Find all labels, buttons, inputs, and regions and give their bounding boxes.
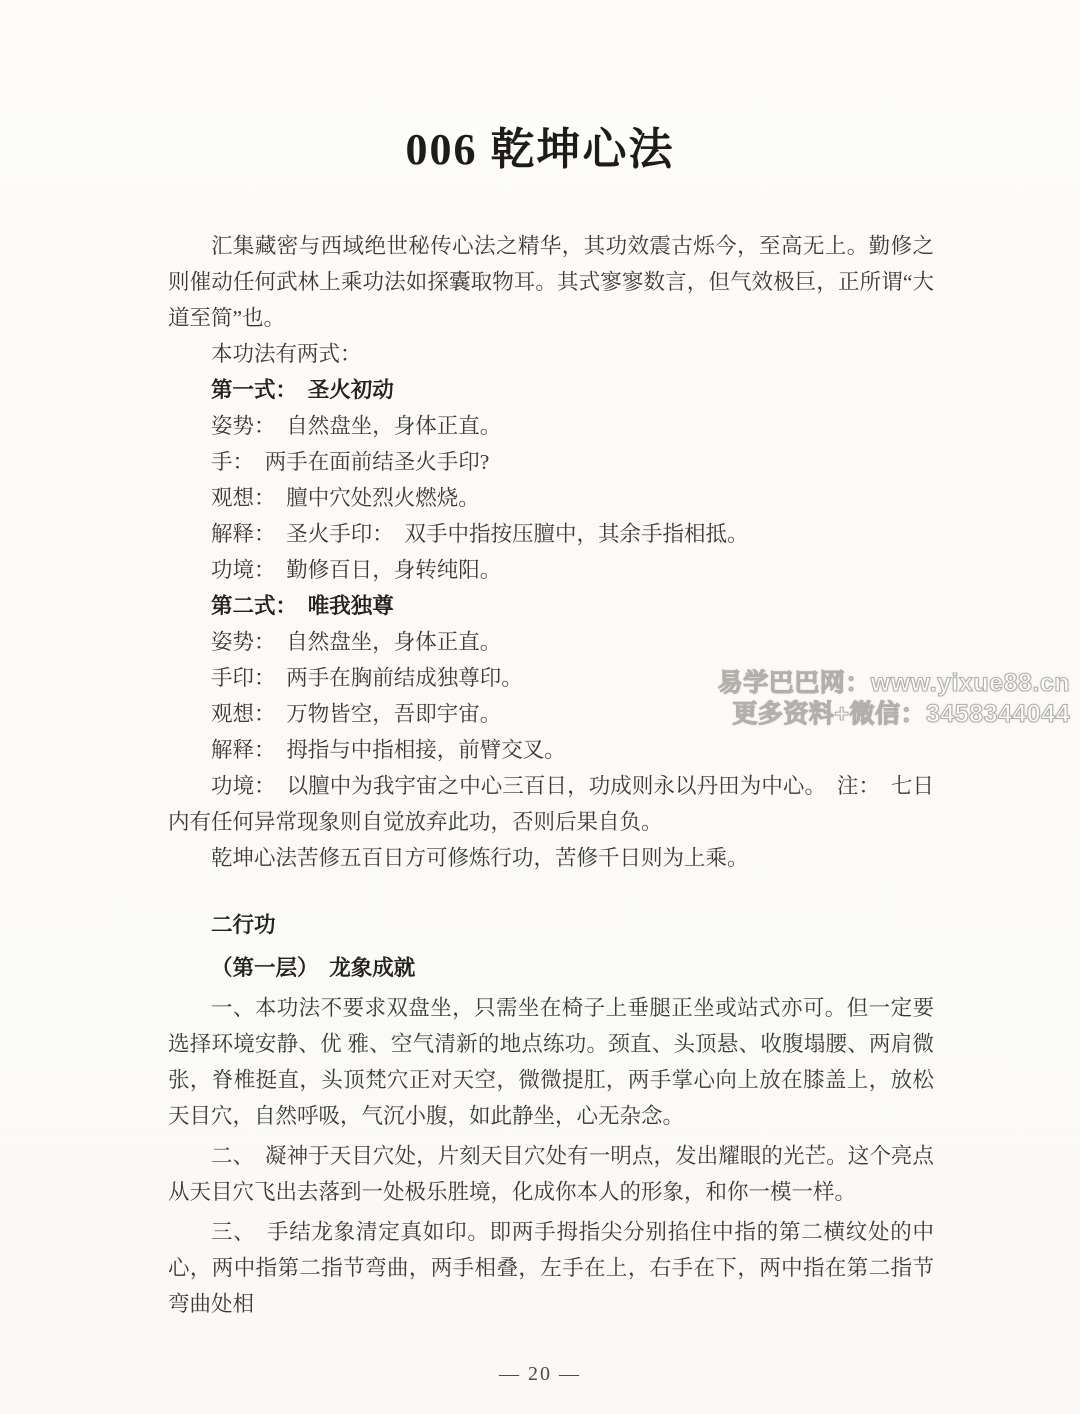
form1-posture-line: 姿势： 自然盘坐，身体正直。: [168, 408, 934, 444]
form2-heading: 第二式： 唯我独尊: [168, 588, 934, 624]
watermark-contact-line: 更多资料+微信：3458344044: [718, 699, 1070, 730]
level1-heading: （第一层） 龙象成就: [168, 950, 934, 986]
form1-hands-line: 手： 两手在面前结圣火手印?: [168, 444, 934, 480]
closing-line: 乾坤心法苦修五百日方可修炼行功，苦修千日则为上乘。: [168, 840, 934, 876]
form2-attainment-paragraph: 功境： 以膻中为我宇宙之中心三百日，功成则永以丹田为中心。 注： 七日内有任何异…: [168, 768, 934, 840]
step1-paragraph: 一、本功法不要求双盘坐，只需坐在椅子上垂腿正坐或站式亦可。但一定要选择环境安静、…: [168, 990, 934, 1134]
site-watermark: 易学巴巴网：www.yixue88.cn 更多资料+微信：3458344044: [718, 668, 1070, 730]
form2-posture-line: 姿势： 自然盘坐，身体正直。: [168, 624, 934, 660]
step3-paragraph: 三、 手结龙象清定真如印。即两手拇指尖分别掐住中指的第二横纹处的中心，两中指第二…: [168, 1214, 934, 1322]
lead-line: 本功法有两式：: [168, 336, 934, 372]
document-page: 006 乾坤心法 汇集藏密与西域绝世秘传心法之精华，其功效震古烁今，至高无上。勤…: [0, 0, 1080, 1414]
form1-heading: 第一式： 圣火初动: [168, 372, 934, 408]
page-title: 006 乾坤心法: [0, 0, 1080, 178]
page-number: — 20 —: [0, 1363, 1080, 1386]
intro-paragraph: 汇集藏密与西域绝世秘传心法之精华，其功效震古烁今，至高无上。勤修之则催动任何武林…: [168, 228, 934, 336]
form1-visualization-line: 观想： 膻中穴处烈火燃烧。: [168, 480, 934, 516]
watermark-site-line: 易学巴巴网：www.yixue88.cn: [718, 668, 1070, 699]
document-body: 汇集藏密与西域绝世秘传心法之精华，其功效震古烁今，至高无上。勤修之则催动任何武林…: [168, 228, 934, 1322]
section2-heading: 二行功: [168, 907, 934, 943]
step2-paragraph: 二、 凝神于天目穴处，片刻天目穴处有一明点，发出耀眼的光芒。这个亮点从天目穴飞出…: [168, 1138, 934, 1210]
form2-explanation-line: 解释： 拇指与中指相接，前臂交叉。: [168, 732, 934, 768]
form1-attainment-line: 功境： 勤修百日，身转纯阳。: [168, 552, 934, 588]
form1-explanation-line: 解释： 圣火手印： 双手中指按压膻中，其余手指相抵。: [168, 516, 934, 552]
